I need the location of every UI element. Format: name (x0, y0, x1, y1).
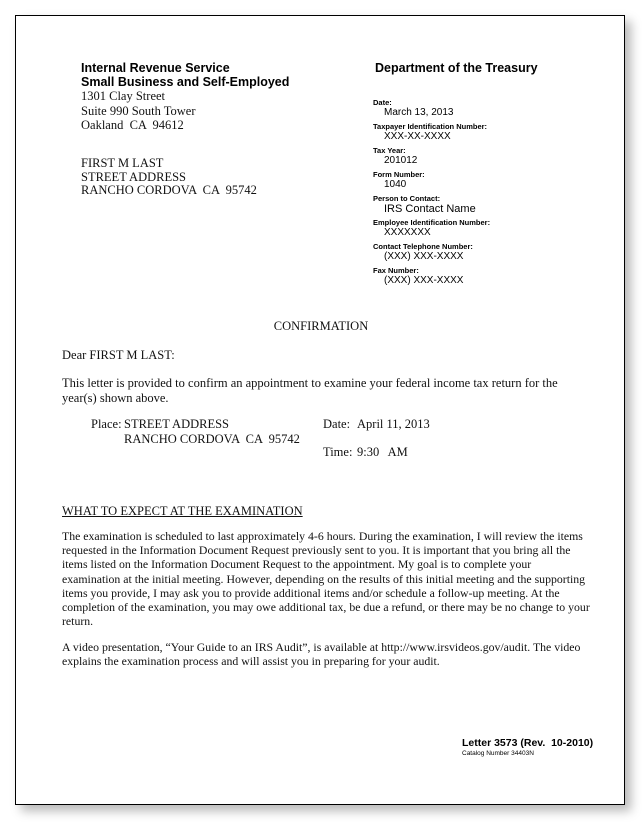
info-label-telephone: Contact Telephone Number: (373, 242, 593, 251)
letter-page: Internal Revenue Service Small Business … (15, 15, 625, 805)
info-value-date: March 13, 2013 (373, 107, 593, 119)
place-label: Place: (91, 417, 122, 432)
sender-address-line2: Suite 990 South Tower (81, 104, 196, 119)
appointment-time-value: 9:30 AM (357, 445, 408, 460)
appointment-date-value: April 11, 2013 (357, 417, 430, 432)
sender-organization: Internal Revenue Service Small Business … (81, 61, 289, 89)
info-label-tin: Taxpayer Identification Number: (373, 122, 593, 131)
place-value: STREET ADDRESS RANCHO CORDOVA CA 95742 (124, 417, 300, 446)
sender-org-line1: Internal Revenue Service (81, 61, 289, 75)
info-label-contact-person: Person to Contact: (373, 194, 593, 203)
recipient-city: RANCHO CORDOVA CA 95742 (81, 184, 257, 198)
info-label-employee-id: Employee Identification Number: (373, 218, 593, 227)
recipient-name: FIRST M LAST (81, 157, 257, 171)
exam-paragraph: The examination is scheduled to last app… (62, 529, 592, 628)
letter-title: CONFIRMATION (16, 319, 626, 334)
department-heading: Department of the Treasury (375, 61, 538, 75)
info-value-fax: (XXX) XXX-XXXX (373, 275, 593, 287)
intro-paragraph: This letter is provided to confirm an ap… (62, 376, 582, 405)
place-line1: STREET ADDRESS (124, 417, 300, 432)
salutation: Dear FIRST M LAST: (62, 348, 175, 363)
info-label-date: Date: (373, 98, 593, 107)
sender-address-line1: 1301 Clay Street (81, 89, 196, 104)
info-value-tax-year: 201012 (373, 155, 593, 167)
info-value-tin: XXX-XX-XXXX (373, 131, 593, 143)
letter-number: Letter 3573 (Rev. 10-2010) (462, 737, 593, 749)
info-label-fax: Fax Number: (373, 266, 593, 275)
info-block: Date: March 13, 2013 Taxpayer Identifica… (373, 95, 593, 287)
recipient-street: STREET ADDRESS (81, 171, 257, 185)
section-heading: WHAT TO EXPECT AT THE EXAMINATION (62, 504, 303, 519)
appointment-time-label: Time: (323, 445, 352, 460)
recipient-address: FIRST M LAST STREET ADDRESS RANCHO CORDO… (81, 157, 257, 198)
info-label-tax-year: Tax Year: (373, 146, 593, 155)
info-label-form-number: Form Number: (373, 170, 593, 179)
appointment-date-label: Date: (323, 417, 350, 432)
info-value-employee-id: XXXXXXX (373, 227, 593, 239)
info-value-contact-person: IRS Contact Name (373, 203, 593, 215)
info-value-form-number: 1040 (373, 179, 593, 191)
place-line2: RANCHO CORDOVA CA 95742 (124, 432, 300, 447)
sender-org-line2: Small Business and Self-Employed (81, 75, 289, 89)
video-paragraph: A video presentation, “Your Guide to an … (62, 640, 592, 668)
sender-address-line3: Oakland CA 94612 (81, 118, 196, 133)
sender-address: 1301 Clay Street Suite 990 South Tower O… (81, 89, 196, 133)
info-value-telephone: (XXX) XXX-XXXX (373, 251, 593, 263)
catalog-number: Catalog Number 34403N (462, 750, 534, 757)
